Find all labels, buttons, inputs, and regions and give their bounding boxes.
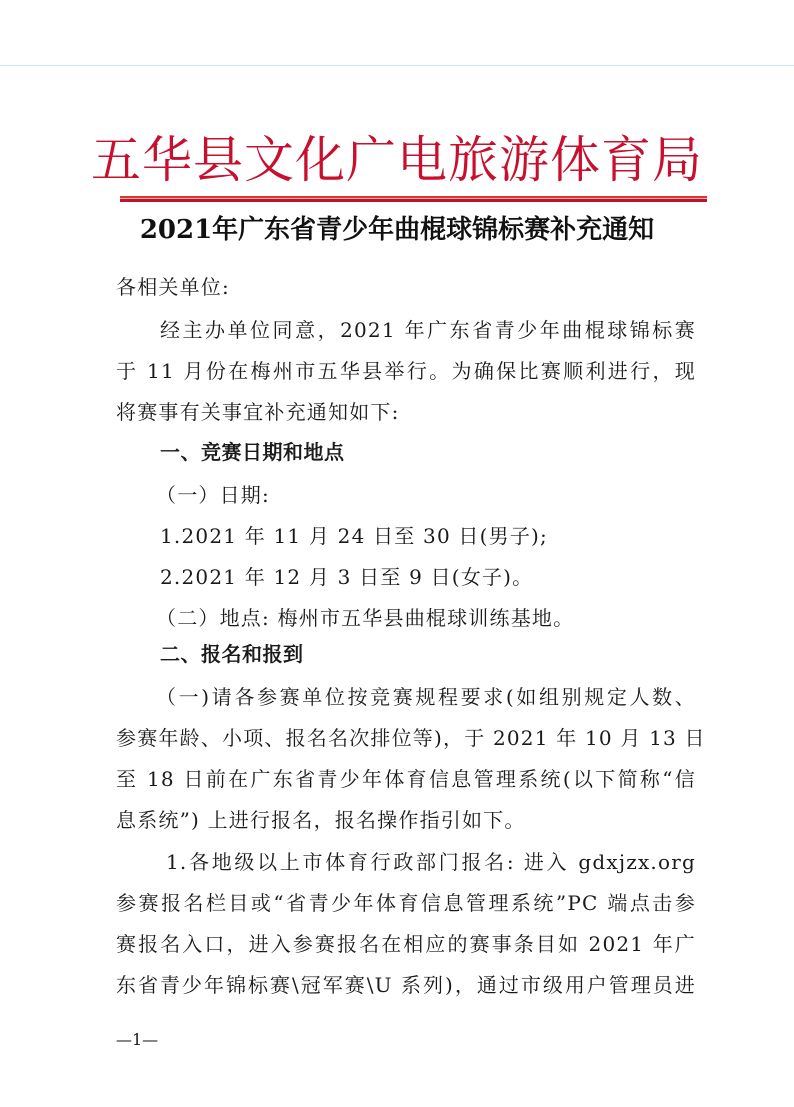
registration-para-line-2: 参赛年龄、小项、报名名次排位等)，于 2021 年 10 月 13 日	[116, 724, 696, 752]
issuing-organization-header: 五华县文化广电旅游体育局	[0, 130, 794, 190]
red-header-rule	[120, 196, 707, 202]
section-1-venue: （二）地点: 梅州市五华县曲棍球训练基地。	[156, 604, 736, 632]
registration-para-line-1: （一)请各参赛单位按竞赛规程要求(如组别规定人数、	[156, 683, 696, 711]
registration-para-line-3: 至 18 日前在广东省青少年体育信息管理系统(以下简称“信	[116, 765, 696, 793]
guide-para-line-1: 1.各地级以上市体育行政部门报名: 进入 gdxjzx.org	[166, 848, 696, 876]
guide-para-line-3: 赛报名入口，进入参赛报名在相应的赛事条目如 2021 年广	[116, 930, 696, 958]
page-number: —1—	[116, 1030, 158, 1050]
intro-line-3: 将赛事有关事宜补充通知如下:	[116, 398, 696, 426]
salutation: 各相关单位:	[116, 273, 696, 301]
intro-line-2: 于 11 月份在梅州市五华县举行。为确保比赛顺利进行，现	[116, 357, 696, 385]
document-title: 2021年广东省青少年曲棍球锦标赛补充通知	[0, 212, 794, 248]
intro-line-1: 经主办单位同意，2021 年广东省青少年曲棍球锦标赛	[160, 316, 696, 344]
section-2-heading: 二、报名和报到	[160, 640, 740, 668]
registration-para-line-4: 息系统”) 上进行报名，报名操作指引如下。	[116, 806, 696, 834]
scan-edge-line	[0, 65, 794, 66]
guide-para-line-4: 东省青少年锦标赛\冠军赛\U 系列)，通过市级用户管理员进	[116, 971, 696, 999]
guide-para-line-2: 参赛报名栏目或“省青少年体育信息管理系统”PC 端点击参	[116, 889, 696, 917]
section-1-heading: 一、竞赛日期和地点	[160, 438, 740, 466]
date-item-men: 1.2021 年 11 月 24 日至 30 日(男子);	[160, 522, 740, 550]
date-item-women: 2.2021 年 12 月 3 日至 9 日(女子)。	[160, 563, 740, 591]
section-1-sub-date-label: （一）日期:	[156, 481, 736, 509]
